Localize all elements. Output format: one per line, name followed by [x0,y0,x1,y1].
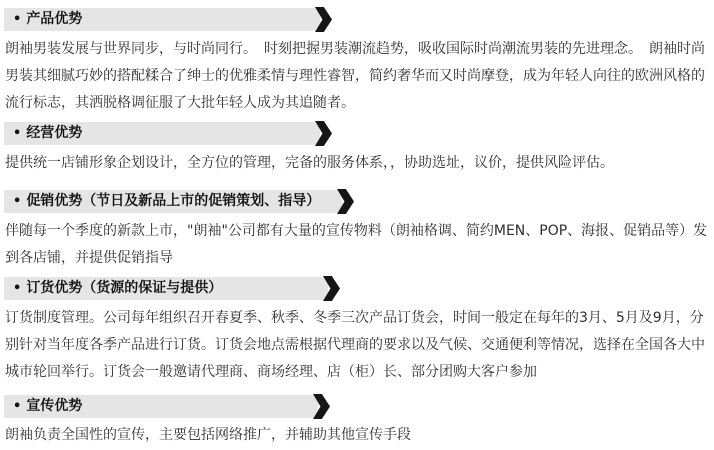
section-body: 订货制度管理。公司每年组织召开春夏季、秋季、冬季三次产品订货会，时间一般定在每年… [4,305,710,386]
section-title: 宣传优势 [26,398,82,414]
section-header: •产品优势 [4,8,320,31]
bullet-icon: • [13,395,21,418]
section-header: •经营优势 [4,122,320,145]
section-publicity-advantage: •宣传优势 朗袖负责全国性的宣传，主要包括网络推广，并辅助其他宣传手段 [4,395,710,449]
section-body: 朗袖男装发展与世界同步，与时尚同行。 时刻把握男装潮流趋势，吸收国际时尚潮流男装… [4,36,710,117]
section-title: 产品优势 [26,11,82,27]
section-product-advantage: •产品优势 朗袖男装发展与世界同步，与时尚同行。 时刻把握男装潮流趋势，吸收国际… [4,8,710,117]
section-header: •促销优势（节日及新品上市的促销策划、指导） [4,190,342,213]
section-promotion-advantage: •促销优势（节日及新品上市的促销策划、指导） 伴随每一个季度的新款上市，"朗袖"… [4,190,710,272]
section-ordering-advantage: •订货优势（货源的保证与提供） 订货制度管理。公司每年组织召开春夏季、秋季、冬季… [4,277,710,386]
bullet-icon: • [13,277,21,300]
section-header: •订货优势（货源的保证与提供） [4,277,328,300]
section-header: •宣传优势 [4,395,318,418]
bullet-icon: • [13,122,21,145]
chevron-right-icon [337,189,354,214]
section-body: 伴随每一个季度的新款上市，"朗袖"公司都有大量的宣传物料（朗袖格调、简约MEN、… [4,218,710,272]
chevron-right-icon [315,7,332,32]
section-title: 订货优势（货源的保证与提供） [26,280,222,296]
advantages-page: •产品优势 朗袖男装发展与世界同步，与时尚同行。 时刻把握男装潮流趋势，吸收国际… [0,0,714,450]
chevron-right-icon [315,121,332,146]
section-body: 提供统一店铺形象企划设计，全方位的管理，完备的服务体系，，协助选址，议价，提供风… [4,150,710,177]
chevron-right-icon [323,276,340,301]
chevron-right-icon [313,394,330,419]
section-operation-advantage: •经营优势 提供统一店铺形象企划设计，全方位的管理，完备的服务体系，，协助选址，… [4,122,710,177]
bullet-icon: • [13,190,21,213]
section-title: 经营优势 [26,125,82,141]
section-body: 朗袖负责全国性的宣传，主要包括网络推广，并辅助其他宣传手段 [4,422,710,449]
bullet-icon: • [13,8,21,31]
section-title: 促销优势（节日及新品上市的促销策划、指导） [26,193,320,209]
